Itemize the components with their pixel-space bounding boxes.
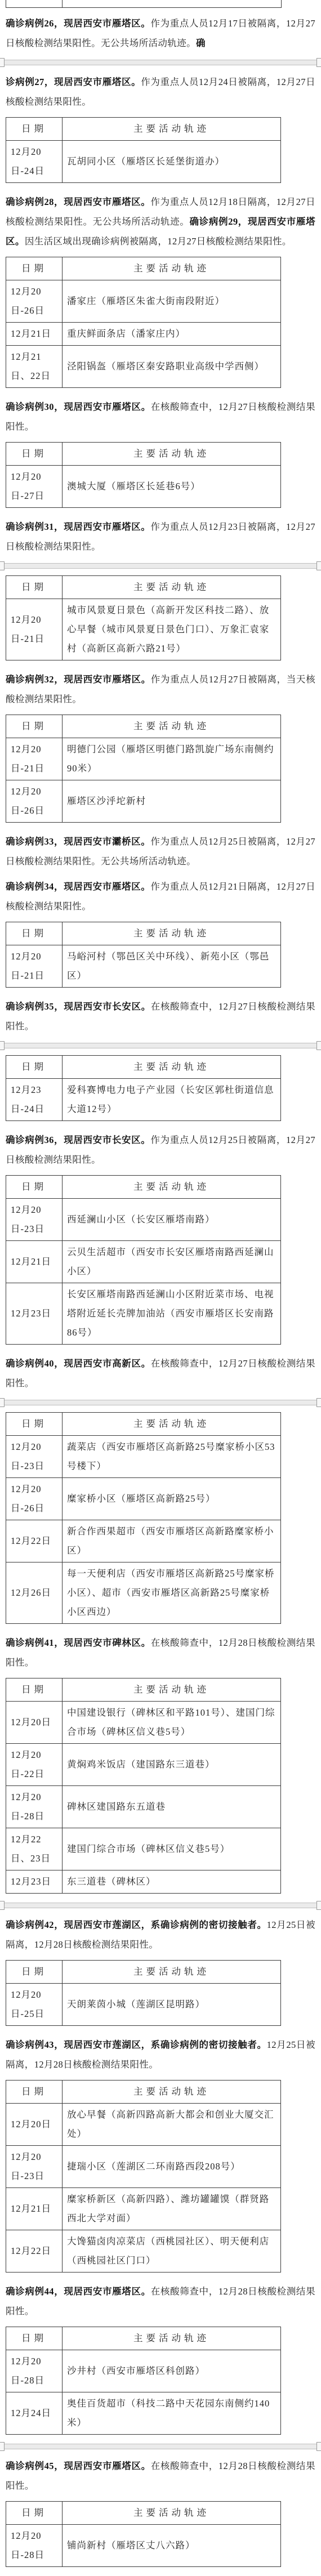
case-33-lead: 确诊病例33，现居西安市灞桥区。 bbox=[6, 836, 150, 847]
track-cell: 捷瑞小区（莲湖区二环南路西段208号） bbox=[63, 2146, 281, 2188]
track-cell: 糜家桥新区（高新四路）、潍坊罐罐馍（群贤路西北大学对面） bbox=[63, 2188, 281, 2230]
track-cell: 明德门公园（雁塔区明德门路凯旋广场东南侧约90米） bbox=[63, 738, 281, 780]
case-26-tail-bold: 确 bbox=[196, 38, 206, 48]
case-35-lead: 确诊病例35，现居西安市长安区。 bbox=[6, 1001, 151, 1012]
table-row: 12月20日-26日潘家庄（雁塔区朱雀大街南段附近） bbox=[6, 280, 281, 323]
page-break-divider bbox=[0, 1903, 321, 1908]
case-45-paragraph: 确诊病例45，现居西安市雁塔区。在核酸筛查中，12月28日核酸检测结果阳性。 bbox=[6, 2456, 315, 2495]
date-cell: 12月20日-25日 bbox=[6, 1984, 63, 2026]
table-header-row: 日期 主要活动轨迹 bbox=[6, 1961, 281, 1984]
case-26-paragraph: 确诊病例26，现居西安市雁塔区。作为重点人员12月17日被隔离，12月27日核酸… bbox=[6, 14, 315, 53]
table-row: 12月26日每一天便利店（西安市雁塔区高新路25号糜家桥小区）、超市（西安市雁塔… bbox=[6, 1562, 281, 1624]
activity-table-case-40: 日期 主要活动轨迹 12月20日-23日蔬菜店（西安市雁塔区高新路25号糜家桥小… bbox=[6, 1412, 281, 1624]
case-36-paragraph: 确诊病例36，现居西安市长安区。作为重点人员12月25日被隔离，12月27日核酸… bbox=[6, 1130, 315, 1169]
table-header-row: 日期 主要活动轨迹 bbox=[6, 257, 281, 280]
date-cell: 12月22日、23日 bbox=[6, 1828, 63, 1870]
table-row: 12月21日、22日泾阳锅盔（雁塔区秦安路职业高级中学西侧） bbox=[6, 346, 281, 388]
column-header-track: 主要活动轨迹 bbox=[63, 1961, 281, 1984]
track-cell: 中国建设银行（碑林区和平路101号）、建国门综合市场（碑林区信义巷5号） bbox=[63, 1702, 281, 1744]
date-cell: 12月20日-28日 bbox=[6, 2350, 63, 2392]
case-track-document: 确诊病例26，现居西安市雁塔区。作为重点人员12月17日被隔离，12月27日核酸… bbox=[0, 0, 321, 2576]
table-header-row: 日期 主要活动轨迹 bbox=[6, 715, 281, 738]
date-cell: 12月20日 bbox=[6, 2104, 63, 2146]
column-header-date: 日期 bbox=[6, 2081, 63, 2104]
case-43-paragraph: 确诊病例43，现居西安市莲湖区，系确诊病例的密切接触者。12月25日被隔离，12… bbox=[6, 2035, 315, 2074]
table-row: 12月24日奥佳百货超市（科技二路中天花园东南侧约140米） bbox=[6, 2392, 281, 2435]
activity-table-case-29: 日期 主要活动轨迹 12月20日-26日潘家庄（雁塔区朱雀大街南段附近） 12月… bbox=[6, 257, 281, 388]
date-cell: 12月23日-24日 bbox=[6, 1079, 63, 1121]
column-header-track: 主要活动轨迹 bbox=[63, 1413, 281, 1436]
track-cell: 放心早餐（高新四路高新大都会和创业大厦交汇处） bbox=[63, 2104, 281, 2146]
column-header-track: 主要活动轨迹 bbox=[63, 1678, 281, 1702]
table-header-row: 日期 主要活动轨迹 bbox=[6, 1176, 281, 1199]
case-45-lead: 确诊病例45，现居西安市雁塔区。 bbox=[6, 2461, 151, 2471]
date-cell: 12月23日 bbox=[6, 1283, 63, 1345]
track-cell: 潘家庄（雁塔区朱雀大街南段附近） bbox=[63, 280, 281, 323]
date-cell: 12月26日 bbox=[6, 1562, 63, 1624]
track-cell: 碑林区建国路东五道巷 bbox=[63, 1786, 281, 1828]
case-32-paragraph: 确诊病例32，现居西安市雁塔区。作为重点人员12月27日被隔离，当天核酸检测结果… bbox=[6, 669, 315, 709]
table-row: 12月20日-22日黄焖鸡米饭店（建国路东三道巷） bbox=[6, 1744, 281, 1786]
table-header-row: 日期 主要活动轨迹 bbox=[6, 922, 281, 945]
column-header-track: 主要活动轨迹 bbox=[63, 1176, 281, 1199]
track-cell: 糜家桥小区（雁塔区高新路25号） bbox=[63, 1478, 281, 1520]
table-row: 12月20日-21日马峪河村（鄂邑区关中环线）、新苑小区（鄂邑区） bbox=[6, 945, 281, 988]
table-row: 12月21日云贝生活超市（西安市长安区雁塔南路西延澜山小区） bbox=[6, 1241, 281, 1283]
date-cell: 12月22日 bbox=[6, 1520, 63, 1562]
date-cell: 12月21日 bbox=[6, 1241, 63, 1283]
case-27-paragraph: 诊病例27，现居西安市雁塔区。作为重点人员12月24日被隔离，12月27日核酸检… bbox=[6, 72, 315, 111]
activity-table-case-45: 日期 主要活动轨迹 12月20日-28日铺尚新村（雁塔区丈八六路） bbox=[6, 2501, 281, 2567]
table-row: 12月20日中国建设银行（碑林区和平路101号）、建国门综合市场（碑林区信义巷5… bbox=[6, 1702, 281, 1744]
track-cell: 西延澜山小区（长安区雁塔南路） bbox=[63, 1199, 281, 1241]
date-cell: 12月20日-26日 bbox=[6, 280, 63, 323]
date-cell: 12月20日-24日 bbox=[6, 141, 63, 183]
table-row: 12月23日长安区雁塔南路西延澜山小区附近菜市场、电视塔附近延长壳牌加油站（西安… bbox=[6, 1283, 281, 1345]
table-row: 12月21日糜家桥新区（高新四路）、潍坊罐罐馍（群贤路西北大学对面） bbox=[6, 2188, 281, 2230]
table-row: 12月20日-21日城市风景夏日景色（高新开发区科技二路）、放心早餐（城市风景夏… bbox=[6, 599, 281, 660]
table-header-row: 日期 主要活动轨迹 bbox=[6, 1056, 281, 1079]
track-cell: 铺尚新村（雁塔区丈八六路） bbox=[63, 2525, 281, 2567]
date-cell: 12月20日-28日 bbox=[6, 1786, 63, 1828]
activity-table-case-42: 日期 主要活动轨迹 12月20日-25日天朗莱茵小城（莲湖区昆明路） bbox=[6, 1960, 281, 2026]
case-34-paragraph: 确诊病例34，现居西安市雁塔区。作为重点人员12月21日隔离，12月27日核酸检… bbox=[6, 877, 315, 916]
case-40-lead: 确诊病例40，现居西安市高新区。 bbox=[6, 1358, 151, 1369]
activity-table-case-31: 日期 主要活动轨迹 12月20日-21日城市风景夏日景色（高新开发区科技二路）、… bbox=[6, 575, 281, 660]
table-row: 12月20日-23日西延澜山小区（长安区雁塔南路） bbox=[6, 1199, 281, 1241]
track-cell: 黄焖鸡米饭店（建国路东三道巷） bbox=[63, 1744, 281, 1786]
table-header-row: 日期 主要活动轨迹 bbox=[6, 443, 281, 466]
column-header-track: 主要活动轨迹 bbox=[63, 443, 281, 466]
date-cell: 12月24日 bbox=[6, 2392, 63, 2435]
column-header-track: 主要活动轨迹 bbox=[63, 2502, 281, 2525]
track-cell: 长安区雁塔南路西延澜山小区附近菜市场、电视塔附近延长壳牌加油站（西安市雁塔区长安… bbox=[63, 1283, 281, 1345]
track-cell: 每一天便利店（西安市雁塔区高新路25号糜家桥小区）、超市（西安市雁塔区高新路25… bbox=[63, 1562, 281, 1624]
case-33-paragraph: 确诊病例33，现居西安市灞桥区。作为重点人员12月25日被隔离，12月27日核酸… bbox=[6, 832, 315, 871]
table-fragment-top bbox=[6, 0, 282, 8]
activity-table-case-43: 日期 主要活动轨迹 12月20日放心早餐（高新四路高新大都会和创业大厦交汇处） … bbox=[6, 2080, 281, 2273]
track-cell: 新合作西果超市（西安市雁塔区高新路糜家桥小区） bbox=[63, 1520, 281, 1562]
column-header-track: 主要活动轨迹 bbox=[63, 118, 281, 141]
activity-table-case-41: 日期 主要活动轨迹 12月20日中国建设银行（碑林区和平路101号）、建国门综合… bbox=[6, 1678, 281, 1894]
case-36-lead: 确诊病例36，现居西安市长安区。 bbox=[6, 1135, 150, 1145]
column-header-date: 日期 bbox=[6, 257, 63, 280]
case-43-lead: 确诊病例43，现居西安市莲湖区，系确诊病例的密切接触者。 bbox=[6, 2039, 267, 2050]
column-header-date: 日期 bbox=[6, 922, 63, 945]
table-row: 12月20日-26日雁塔区沙泘坨新村 bbox=[6, 780, 281, 823]
track-cell: 建国门综合市场（碑林区信义巷5号） bbox=[63, 1828, 281, 1870]
table-header-row: 日期 主要活动轨迹 bbox=[6, 2502, 281, 2525]
track-cell: 蔬菜店（西安市雁塔区高新路25号糜家桥小区53号楼下） bbox=[63, 1436, 281, 1478]
table-row: 12月22日大馋猫卤肉凉菜店（西桃园社区）、明天便利店（西桃园社区门口） bbox=[6, 2230, 281, 2273]
case-28-lead: 确诊病例28，现居西安市雁塔区。 bbox=[6, 197, 150, 207]
case-30-lead: 确诊病例30，现居西安市雁塔区。 bbox=[6, 401, 151, 412]
date-cell: 12月23日 bbox=[6, 1870, 63, 1894]
track-cell: 城市风景夏日景色（高新开发区科技二路）、放心早餐（城市风景夏日景色门口）、万象汇… bbox=[63, 599, 281, 660]
table-row: 12月23日东三道巷（碑林区） bbox=[6, 1870, 281, 1894]
activity-table-case-44: 日期 主要活动轨迹 12月20日-28日沙井村（西安市雁塔区科创路） 12月24… bbox=[6, 2327, 281, 2435]
column-header-date: 日期 bbox=[6, 1678, 63, 1702]
track-cell: 沙井村（西安市雁塔区科创路） bbox=[63, 2350, 281, 2392]
table-row: 12月20日-25日天朗莱茵小城（莲湖区昆明路） bbox=[6, 1984, 281, 2026]
case-42-lead: 确诊病例42，现居西安市莲湖区，系确诊病例的密切接触者。 bbox=[6, 1919, 267, 1930]
date-cell: 12月20日-21日 bbox=[6, 945, 63, 988]
table-header-row: 日期 主要活动轨迹 bbox=[6, 2327, 281, 2350]
column-header-date: 日期 bbox=[6, 2327, 63, 2350]
table-header-row: 日期 主要活动轨迹 bbox=[6, 1413, 281, 1436]
case-40-paragraph: 确诊病例40，现居西安市高新区。在核酸筛查中，12月27日核酸检测结果阳性。 bbox=[6, 1354, 315, 1393]
column-header-date: 日期 bbox=[6, 1961, 63, 1984]
date-cell: 12月20日-27日 bbox=[6, 466, 63, 508]
page-break-divider bbox=[0, 60, 321, 65]
table-row: 12月20日-28日铺尚新村（雁塔区丈八六路） bbox=[6, 2525, 281, 2567]
case-27-lead: 诊病例27，现居西安市雁塔区。 bbox=[6, 77, 141, 87]
table-row: 12月20日-23日蔬菜店（西安市雁塔区高新路25号糜家桥小区53号楼下） bbox=[6, 1436, 281, 1478]
column-header-date: 日期 bbox=[6, 715, 63, 738]
activity-table-case-36: 日期 主要活动轨迹 12月20日-23日西延澜山小区（长安区雁塔南路） 12月2… bbox=[6, 1175, 281, 1345]
column-header-date: 日期 bbox=[6, 2502, 63, 2525]
table-row: 12月20日-23日捷瑞小区（莲湖区二环南路西段208号） bbox=[6, 2146, 281, 2188]
case-42-paragraph: 确诊病例42，现居西安市莲湖区，系确诊病例的密切接触者。12月25日被隔离，12… bbox=[6, 1915, 315, 1954]
table-row: 12月21日重庆鲜面条店（潘家庄内） bbox=[6, 323, 281, 346]
column-header-track: 主要活动轨迹 bbox=[63, 257, 281, 280]
track-cell: 东三道巷（碑林区） bbox=[63, 1870, 281, 1894]
activity-table-case-27: 日期 主要活动轨迹 12月20日-24日瓦胡同小区（雁塔区长延堡街道办） bbox=[6, 117, 281, 183]
activity-table-case-30: 日期 主要活动轨迹 12月20日-27日澳城大厦（雁塔区长延巷6号） bbox=[6, 442, 281, 508]
column-header-track: 主要活动轨迹 bbox=[63, 922, 281, 945]
date-cell: 12月20日-22日 bbox=[6, 1744, 63, 1786]
table-row: 12月23日-24日爱科赛博电力电子产业园（长安区郭杜街道信息大道12号） bbox=[6, 1079, 281, 1121]
table-row: 12月20日-28日沙井村（西安市雁塔区科创路） bbox=[6, 2350, 281, 2392]
table-row: 12月20日-21日明德门公园（雁塔区明德门路凯旋广场东南侧约90米） bbox=[6, 738, 281, 780]
table-row: 12月22日、23日建国门综合市场（碑林区信义巷5号） bbox=[6, 1828, 281, 1870]
table-header-row: 日期 主要活动轨迹 bbox=[6, 576, 281, 599]
column-header-track: 主要活动轨迹 bbox=[63, 1056, 281, 1079]
track-cell: 雁塔区沙泘坨新村 bbox=[63, 780, 281, 823]
column-header-date: 日期 bbox=[6, 576, 63, 599]
case-32-lead: 确诊病例32，现居西安市雁塔区。 bbox=[6, 674, 151, 685]
track-cell: 大馋猫卤肉凉菜店（西桃园社区）、明天便利店（西桃园社区门口） bbox=[63, 2230, 281, 2273]
track-cell: 澳城大厦（雁塔区长延巷6号） bbox=[63, 466, 281, 508]
column-header-track: 主要活动轨迹 bbox=[63, 2081, 281, 2104]
case-44-paragraph: 确诊病例44，现居西安市雁塔区。在核酸筛查中，12月28日核酸检测结果阳性。 bbox=[6, 2282, 315, 2321]
column-header-date: 日期 bbox=[6, 118, 63, 141]
column-header-date: 日期 bbox=[6, 1056, 63, 1079]
case-31-paragraph: 确诊病例31，现居西安市雁塔区。作为重点人员12月23日被隔离，12月27日核酸… bbox=[6, 517, 315, 556]
track-cell: 重庆鲜面条店（潘家庄内） bbox=[63, 323, 281, 346]
date-cell: 12月20日-21日 bbox=[6, 599, 63, 660]
table-row: 12月20日-26日糜家桥小区（雁塔区高新路25号） bbox=[6, 1478, 281, 1520]
column-header-date: 日期 bbox=[6, 443, 63, 466]
table-header-row: 日期 主要活动轨迹 bbox=[6, 2081, 281, 2104]
date-cell: 12月20日-23日 bbox=[6, 1199, 63, 1241]
date-cell: 12月20日-26日 bbox=[6, 1478, 63, 1520]
date-cell: 12月20日 bbox=[6, 1702, 63, 1744]
column-header-track: 主要活动轨迹 bbox=[63, 576, 281, 599]
table-row: 12月20日-24日瓦胡同小区（雁塔区长延堡街道办） bbox=[6, 141, 281, 183]
page-break-divider bbox=[0, 563, 321, 569]
case-31-lead: 确诊病例31，现居西安市雁塔区。 bbox=[6, 521, 150, 532]
activity-table-case-34: 日期 主要活动轨迹 12月20日-21日马峪河村（鄂邑区关中环线）、新苑小区（鄂… bbox=[6, 922, 281, 988]
case-41-paragraph: 确诊病例41，现居西安市碑林区。在核酸筛查中，12月28日核酸检测结果阳性。 bbox=[6, 1633, 315, 1672]
case-28-29-paragraph: 确诊病例28，现居西安市雁塔区。作为重点人员12月18日隔离，12月27日核酸检… bbox=[6, 192, 315, 251]
column-header-date: 日期 bbox=[6, 1176, 63, 1199]
page-break-divider bbox=[0, 1043, 321, 1048]
activity-table-case-32: 日期 主要活动轨迹 12月20日-21日明德门公园（雁塔区明德门路凯旋广场东南侧… bbox=[6, 715, 281, 823]
track-cell: 马峪河村（鄂邑区关中环线）、新苑小区（鄂邑区） bbox=[63, 945, 281, 988]
activity-table-case-35: 日期 主要活动轨迹 12月23日-24日爱科赛博电力电子产业园（长安区郭杜街道信… bbox=[6, 1055, 281, 1121]
date-cell: 12月22日 bbox=[6, 2230, 63, 2273]
page-break-divider bbox=[0, 2444, 321, 2449]
table-row: 12月20日-28日碑林区建国路东五道巷 bbox=[6, 1786, 281, 1828]
track-cell: 奥佳百货超市（科技二路中天花园东南侧约140米） bbox=[63, 2392, 281, 2435]
case-35-paragraph: 确诊病例35，现居西安市长安区。在核酸筛查中，12月27日核酸检测结果阳性。 bbox=[6, 997, 315, 1036]
column-header-track: 主要活动轨迹 bbox=[63, 2327, 281, 2350]
table-header-row: 日期 主要活动轨迹 bbox=[6, 1678, 281, 1702]
case-26-lead: 确诊病例26，现居西安市雁塔区。 bbox=[6, 18, 150, 29]
table-row: 12月20日放心早餐（高新四路高新大都会和创业大厦交汇处） bbox=[6, 2104, 281, 2146]
table-fragment-column-divider bbox=[62, 0, 63, 7]
date-cell: 12月21日、22日 bbox=[6, 346, 63, 388]
case-44-lead: 确诊病例44，现居西安市雁塔区。 bbox=[6, 2286, 151, 2297]
track-cell: 瓦胡同小区（雁塔区长延堡街道办） bbox=[63, 141, 281, 183]
column-header-track: 主要活动轨迹 bbox=[63, 715, 281, 738]
case-30-paragraph: 确诊病例30，现居西安市雁塔区。在核酸筛查中，12月27日核酸检测结果阳性。 bbox=[6, 397, 315, 436]
table-row: 12月20日-27日澳城大厦（雁塔区长延巷6号） bbox=[6, 466, 281, 508]
page-break-divider bbox=[0, 1400, 321, 1405]
column-header-date: 日期 bbox=[6, 1413, 63, 1436]
date-cell: 12月20日-28日 bbox=[6, 2525, 63, 2567]
table-row: 12月22日新合作西果超市（西安市雁塔区高新路糜家桥小区） bbox=[6, 1520, 281, 1562]
date-cell: 12月20日-21日 bbox=[6, 738, 63, 780]
track-cell: 天朗莱茵小城（莲湖区昆明路） bbox=[63, 1984, 281, 2026]
table-header-row: 日期 主要活动轨迹 bbox=[6, 118, 281, 141]
case-29-body: 因生活区域出现确诊病例被隔离，12月27日核酸检测结果阳性。 bbox=[25, 236, 292, 247]
date-cell: 12月20日-26日 bbox=[6, 780, 63, 823]
date-cell: 12月20日-23日 bbox=[6, 2146, 63, 2188]
track-cell: 爱科赛博电力电子产业园（长安区郭杜街道信息大道12号） bbox=[63, 1079, 281, 1121]
case-34-lead: 确诊病例34，现居西安市雁塔区。 bbox=[6, 881, 150, 892]
date-cell: 12月21日 bbox=[6, 323, 63, 346]
date-cell: 12月20日-23日 bbox=[6, 1436, 63, 1478]
track-cell: 云贝生活超市（西安市长安区雁塔南路西延澜山小区） bbox=[63, 1241, 281, 1283]
track-cell: 泾阳锅盔（雁塔区秦安路职业高级中学西侧） bbox=[63, 346, 281, 388]
case-41-lead: 确诊病例41，现居西安市碑林区。 bbox=[6, 1637, 151, 1648]
date-cell: 12月21日 bbox=[6, 2188, 63, 2230]
